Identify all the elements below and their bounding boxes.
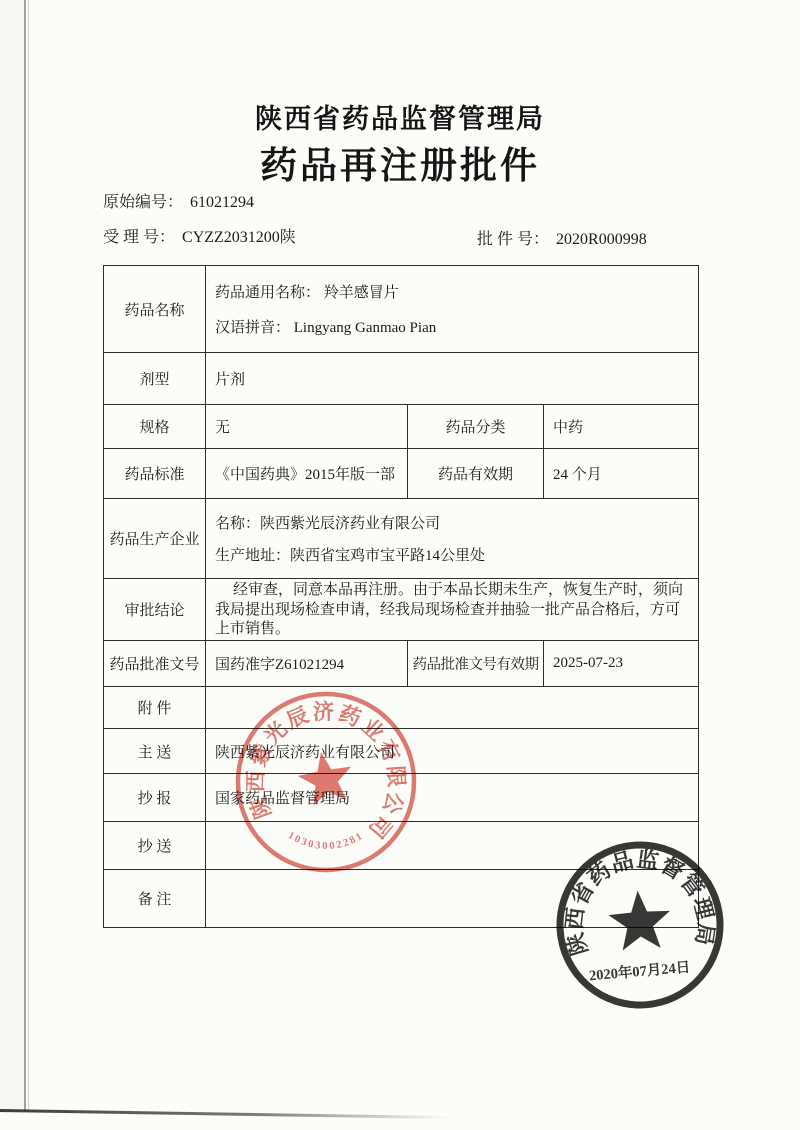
copy-send-value <box>206 822 698 869</box>
row-approval-number: 药品批准文号 国药准字Z61021294 药品批准文号有效期 2025-07-2… <box>104 640 698 686</box>
main-recipient-value: 陕西紫光辰济药业有限公司 <box>206 729 698 773</box>
row-specification: 规格 无 药品分类 中药 <box>104 404 698 448</box>
drug-name-cell: 药品通用名称： 羚羊感冒片 汉语拼音： Lingyang Ganmao Pian <box>206 266 698 352</box>
row-label: 附 件 <box>104 687 206 728</box>
row-label: 药品名称 <box>104 266 206 352</box>
row-label: 备 注 <box>104 870 206 927</box>
acceptance-number-value: CYZZ2031200陕 <box>182 229 296 246</box>
document-title: 药品再注册批件 <box>0 135 800 189</box>
copy-report-value: 国家药品监督管理局 <box>206 774 698 821</box>
row-label: 审批结论 <box>104 579 206 640</box>
approval-number-validity-value: 2025-07-23 <box>544 641 698 686</box>
manufacturer-address-line: 生产地址：陕西省宝鸡市宝平路14公里处 <box>215 544 689 565</box>
row-label: 药品标准 <box>104 449 206 498</box>
pinyin-line: 汉语拼音： Lingyang Ganmao Pian <box>215 316 689 337</box>
row-copy-report: 抄 报 国家药品监督管理局 <box>104 773 698 821</box>
agency-name: 陕西省药品监督管理局 <box>0 97 800 136</box>
specification-value: 无 <box>206 405 408 448</box>
row-label: 药品生产企业 <box>104 499 206 578</box>
approval-number-label: 批 件 号： <box>477 231 549 248</box>
original-number-line: 原始编号：61021294 <box>103 189 254 212</box>
scanned-document-page: 陕西省药品监督管理局 药品再注册批件 原始编号：61021294 受 理 号：C… <box>0 0 800 1130</box>
generic-name-line: 药品通用名称： 羚羊感冒片 <box>215 281 689 302</box>
drug-category-label: 药品分类 <box>408 405 544 448</box>
row-approval-conclusion: 审批结论 经审查，同意本品再注册。由于本品长期未生产，恢复生产时，须向我局提出现… <box>104 578 698 640</box>
manufacturer-cell: 名称：陕西紫光辰济药业有限公司 生产地址：陕西省宝鸡市宝平路14公里处 <box>206 499 698 578</box>
drug-category-value: 中药 <box>544 405 698 448</box>
approval-number-value: 国药准字Z61021294 <box>206 641 408 686</box>
dosage-form-value: 片剂 <box>206 353 698 404</box>
stamp-date: 2020年07月24日 <box>588 958 691 985</box>
row-label: 剂型 <box>104 353 206 404</box>
row-manufacturer: 药品生产企业 名称：陕西紫光辰济药业有限公司 生产地址：陕西省宝鸡市宝平路14公… <box>104 498 698 578</box>
original-number-label: 原始编号： <box>103 194 183 211</box>
row-main-recipient: 主 送 陕西紫光辰济药业有限公司 <box>104 728 698 773</box>
scan-bottom-artifact-line <box>0 1109 450 1119</box>
approval-conclusion-text: 经审查，同意本品再注册。由于本品长期未生产，恢复生产时，须向我局提出现场检查申请… <box>206 579 698 640</box>
approval-number-value: 2020R000998 <box>556 231 647 248</box>
row-label: 药品批准文号 <box>104 641 206 686</box>
original-number-value: 61021294 <box>190 194 254 211</box>
row-dosage-form: 剂型 片剂 <box>104 352 698 404</box>
row-copy-send: 抄 送 <box>104 821 698 869</box>
row-label: 主 送 <box>104 729 206 773</box>
validity-period-label: 药品有效期 <box>408 449 544 498</box>
row-label: 规格 <box>104 405 206 448</box>
approval-number-validity-label: 药品批准文号有效期 <box>408 641 544 686</box>
acceptance-number-label: 受 理 号： <box>103 229 175 246</box>
validity-period-value: 24 个月 <box>544 449 698 498</box>
acceptance-number-line: 受 理 号：CYZZ2031200陕 <box>103 224 296 247</box>
row-drug-standard: 药品标准 《中国药典》2015年版一部 药品有效期 24 个月 <box>104 448 698 498</box>
row-label: 抄 报 <box>104 774 206 821</box>
row-label: 抄 送 <box>104 822 206 869</box>
row-drug-name: 药品名称 药品通用名称： 羚羊感冒片 汉语拼音： Lingyang Ganmao… <box>104 266 698 352</box>
row-attachment: 附 件 <box>104 686 698 728</box>
attachment-value <box>206 687 698 728</box>
manufacturer-name-line: 名称：陕西紫光辰济药业有限公司 <box>215 512 689 533</box>
approval-table: 药品名称 药品通用名称： 羚羊感冒片 汉语拼音： Lingyang Ganmao… <box>103 265 699 928</box>
approval-number-line: 批 件 号：2020R000998 <box>477 226 647 249</box>
drug-standard-value: 《中国药典》2015年版一部 <box>206 449 408 498</box>
remarks-value <box>206 870 698 927</box>
row-remarks: 备 注 <box>104 869 698 927</box>
